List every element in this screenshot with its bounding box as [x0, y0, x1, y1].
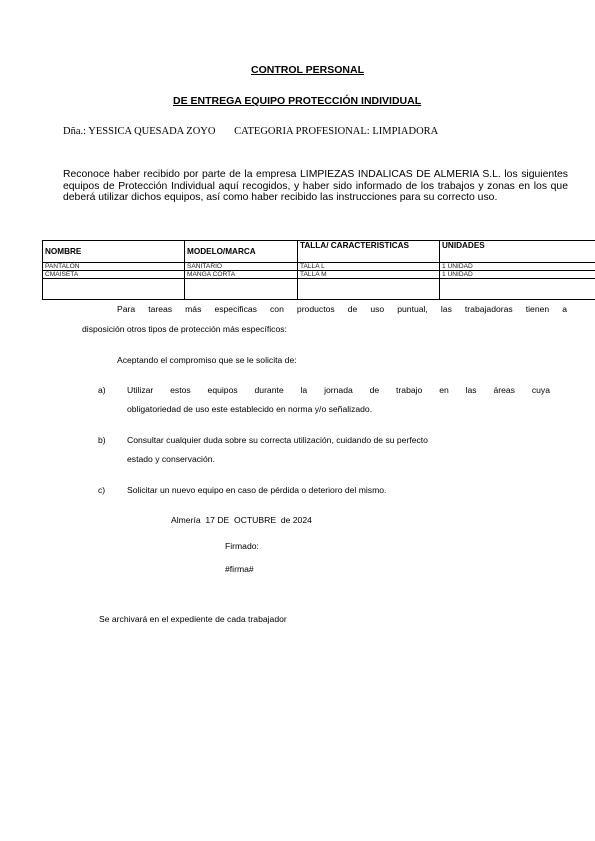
- worker-name: Dña.: YESSICA QUESADA ZOYO: [63, 126, 215, 137]
- specific-tasks-line2: disposición otros tipos de protección má…: [82, 324, 287, 334]
- cell-nombre: CMAISETA: [43, 271, 185, 279]
- cell-modelo: [185, 279, 298, 300]
- header-talla: TALLA/ CARACTERISTICAS: [298, 241, 440, 263]
- ppe-table: NOMBRE MODELO/MARCA TALLA/ CARACTERISTIC…: [42, 240, 595, 300]
- commitment-b-line2: estado y conservación.: [127, 454, 215, 464]
- commitment-c-line1: Solicitar un nuevo equipo en caso de pér…: [127, 485, 386, 495]
- cell-unidades: 1 UNIDAD: [440, 271, 595, 279]
- intro-paragraph: Reconoce haber recibido por parte de la …: [63, 169, 568, 204]
- cell-nombre: [43, 279, 185, 300]
- table-row: PANTALON SANITARIO TALLA L 1 UNIDAD: [43, 263, 595, 271]
- header-nombre: NOMBRE: [43, 241, 185, 263]
- cell-unidades: [440, 279, 595, 300]
- signed-label: Firmado:: [225, 541, 259, 551]
- table-row: CMAISETA MANGA CORTA TALLA M 1 UNIDAD: [43, 271, 595, 279]
- cell-talla: [298, 279, 440, 300]
- worker-category: CATEGORIA PROFESIONAL: LIMPIADORA: [234, 126, 438, 137]
- signature-placeholder: #firma#: [225, 564, 254, 574]
- document-title: CONTROL PERSONAL: [251, 64, 364, 76]
- header-talla-label: TALLA/ CARACTERISTICAS: [300, 241, 409, 250]
- archive-note: Se archivará en el expediente de cada tr…: [99, 614, 287, 624]
- cell-modelo: SANITARIO: [185, 263, 298, 271]
- document-subtitle: DE ENTREGA EQUIPO PROTECCIÓN INDIVIDUAL: [173, 95, 421, 107]
- commitment-b-line1: Consultar cualquier duda sobre su correc…: [127, 435, 428, 445]
- worker-info-line: Dña.: YESSICA QUESADA ZOYO CATEGORIA PRO…: [63, 126, 438, 137]
- specific-tasks-line1: Para tareas más especificas con producto…: [117, 304, 567, 314]
- commitment-a-line1: Utilizar estos equipos durante la jornad…: [127, 385, 550, 395]
- cell-modelo: MANGA CORTA: [185, 271, 298, 279]
- acceptance-intro: Aceptando el compromiso que se le solici…: [117, 355, 297, 365]
- cell-talla: TALLA L: [298, 263, 440, 271]
- commitment-b-letter: b): [98, 435, 106, 445]
- header-modelo-marca: MODELO/MARCA: [185, 241, 298, 263]
- cell-nombre: PANTALON: [43, 263, 185, 271]
- commitment-a-letter: a): [98, 385, 106, 395]
- place-date: Almería 17 DE OCTUBRE de 2024: [171, 515, 312, 525]
- commitment-a-line2: obligatoriedad de uso este establecido e…: [127, 404, 372, 414]
- table-header-row: NOMBRE MODELO/MARCA TALLA/ CARACTERISTIC…: [43, 241, 595, 263]
- cell-unidades: 1 UNIDAD: [440, 263, 595, 271]
- table-row-empty: [43, 279, 595, 300]
- header-unidades: UNIDADES: [440, 241, 595, 263]
- commitment-c-letter: c): [98, 485, 105, 495]
- cell-talla: TALLA M: [298, 271, 440, 279]
